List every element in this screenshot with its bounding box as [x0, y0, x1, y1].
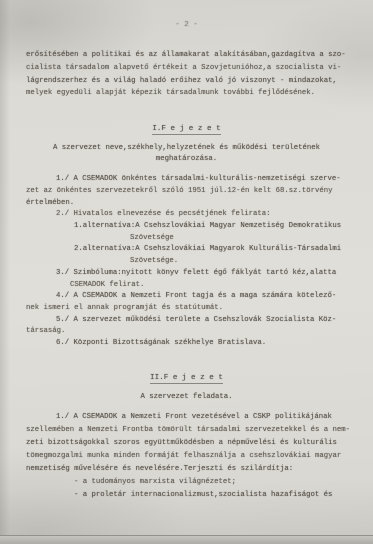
intro-line: lágrendszerhez és a világ haladó erőihez…	[26, 75, 365, 88]
chapter1-item-line: 5./ A szervezet működési területe a Cseh…	[26, 315, 365, 327]
chapter2-heading-wrap: II.F e j e z e t	[0, 366, 373, 384]
chapter1-item-line: Szövetsége.	[26, 256, 365, 268]
chapter1-subtitle: A szervezet neve,székhely,helyzetének és…	[0, 143, 373, 165]
scan-edge-bottom	[0, 535, 373, 544]
chapter2-line: tömegmozgalmi munka minden formáját felh…	[26, 450, 365, 463]
chapter2-line: szellemében a Nemzeti Frontba tömörült t…	[26, 424, 365, 437]
chapter2-bullet-line: - a tudományos marxista világnézetet;	[26, 476, 365, 489]
chapter1-subtitle-line: A szervezet neve,székhely,helyzetének és…	[0, 143, 373, 154]
chapter1-item-line: értelmében.	[26, 198, 365, 210]
chapter1-item-line: 6./ Központi Bizottságának székhelye Bra…	[26, 338, 365, 350]
chapter1-heading-wrap: I.F e j e z e t	[0, 117, 373, 135]
page-number: - 2 -	[0, 21, 373, 29]
chapter2-heading: II.F e j e z e t	[150, 374, 223, 384]
chapter1-item-line: 3./ Szimbóluma:nyitott könyv felett égő …	[26, 268, 365, 280]
chapter1-heading: I.F e j e z e t	[152, 125, 220, 135]
chapter2-paragraph: 1./ A CSEMADOK a Nemzeti Front vezetésév…	[26, 411, 365, 502]
chapter1-subtitle-line: meghatározása.	[0, 154, 373, 165]
chapter1-item-line: Szövetsége	[26, 233, 365, 245]
chapter2-line: nemzetiség művelésére és nevelésére.Terj…	[26, 463, 365, 476]
intro-line: erősítésében a politikai és az államakar…	[26, 49, 365, 62]
chapter1-item-line: zet az önkéntes szervezetekről szóló 195…	[26, 186, 365, 198]
intro-line: cialista társadalom alapvető értékeit a …	[26, 62, 365, 75]
chapter1-item-line: 4./ A CSEMADOK a Nemzeti Front tagja és …	[26, 291, 365, 303]
chapter1-items: 1./ A CSEMADOK önkéntes társadalmi-kultu…	[26, 174, 365, 350]
intro-paragraph: erősítésében a politikai és az államakar…	[26, 49, 365, 100]
chapter1-item-line: 2.alternatíva:A Csehszlovákiai Magyarok …	[26, 244, 365, 256]
chapter1-item-line: 1.alternatíva:A Csehszlovákiai Magyar Ne…	[26, 221, 365, 233]
intro-line: melyek egyedüli alapját képezik társadal…	[26, 87, 365, 100]
chapter2-bullet-line: - a proletár internacionalizmust,szocial…	[26, 489, 365, 502]
scan-edge-left	[0, 0, 10, 544]
chapter1-item-line: társaság.	[26, 326, 365, 338]
chapter2-subtitle-line: A szervezet feladata.	[0, 392, 373, 403]
chapter2-subtitle: A szervezet feladata.	[0, 392, 373, 403]
chapter1-item-line: 1./ A CSEMADOK önkéntes társadalmi-kultu…	[26, 174, 365, 186]
document-page: - 2 - erősítésében a politikai és az áll…	[0, 0, 373, 544]
chapter1-item-line: 2./ Hivatalos elnevezése és pecsétjének …	[26, 209, 365, 221]
chapter1-item-line: nek ismeri el annak programját és statút…	[26, 303, 365, 315]
chapter2-line: zeti bizottságokkal szoros együttműködés…	[26, 437, 365, 450]
chapter1-item-line: CSEMADOK felirat.	[26, 280, 365, 292]
chapter2-line: 1./ A CSEMADOK a Nemzeti Front vezetésév…	[26, 411, 365, 424]
